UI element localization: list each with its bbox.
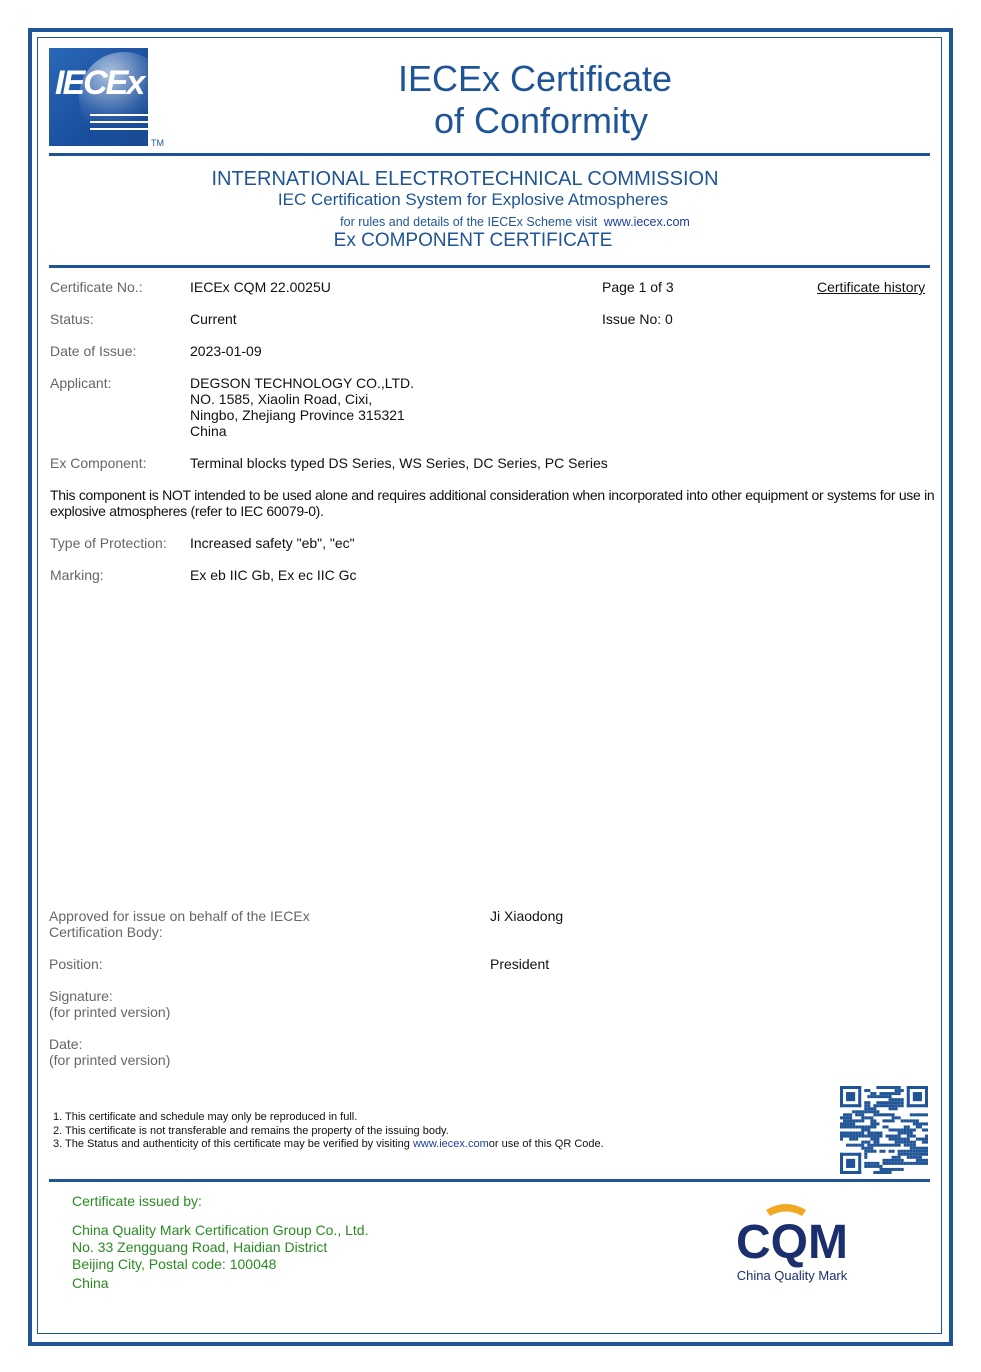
position-value: President — [490, 956, 549, 972]
certificate-notes: 1. This certificate and schedule may onl… — [53, 1111, 604, 1152]
certificate-history-link[interactable]: Certificate history — [817, 279, 925, 295]
svg-text:CQM: CQM — [736, 1216, 848, 1269]
protection-value: Increased safety "eb", "ec" — [190, 535, 355, 551]
status-value: Current — [190, 311, 237, 327]
approver-name: Ji Xiaodong — [490, 908, 563, 924]
trademark: TM — [151, 138, 164, 148]
org-name: INTERNATIONAL ELECTROTECHNICAL COMMISSIO… — [0, 168, 930, 191]
divider — [49, 265, 930, 268]
applicant-label: Applicant: — [50, 375, 111, 391]
protection-label: Type of Protection: — [50, 535, 167, 551]
approved-label: Approved for issue on behalf of the IECE… — [49, 908, 310, 940]
component-label: Ex Component: — [50, 455, 147, 471]
iecex-link[interactable]: www.iecex.com — [604, 215, 690, 229]
component-value: Terminal blocks typed DS Series, WS Seri… — [190, 455, 608, 471]
component-notice: This component is NOT intended to be use… — [50, 487, 940, 519]
divider — [49, 1179, 930, 1182]
cqm-logo: CQM China Quality Mark — [722, 1198, 862, 1288]
page-indicator: Page 1 of 3 — [602, 279, 674, 295]
issue-no: Issue No: 0 — [602, 311, 673, 327]
marking-label: Marking: — [50, 567, 104, 583]
marking-value: Ex eb IIC Gb, Ex ec IIC Gc — [190, 567, 357, 583]
certificate-no: IECEx CQM 22.0025U — [190, 279, 331, 295]
iecex-verify-link[interactable]: www.iecex.com — [413, 1138, 489, 1150]
issuer-address: China Quality Mark Certification Group C… — [72, 1222, 368, 1292]
applicant-address: DEGSON TECHNOLOGY CO.,LTD. NO. 1585, Xia… — [190, 375, 414, 439]
svg-text:China Quality Mark: China Quality Mark — [737, 1268, 848, 1283]
certificate-no-label: Certificate No.: — [50, 279, 143, 295]
date-value: 2023-01-09 — [190, 343, 262, 359]
issuer-heading: Certificate issued by: — [72, 1193, 202, 1209]
status-label: Status: — [50, 311, 94, 327]
date-label: Date of Issue: — [50, 343, 136, 359]
divider — [49, 153, 930, 156]
date-signed-label: Date: (for printed version) — [49, 1036, 170, 1068]
certificate-type: Ex COMPONENT CERTIFICATE — [0, 230, 938, 252]
signature-label: Signature: (for printed version) — [49, 988, 170, 1020]
org-system: IEC Certification System for Explosive A… — [0, 190, 938, 210]
rules-text: for rules and details of the IECEx Schem… — [0, 215, 980, 229]
iecex-logo: IECEx — [49, 48, 148, 146]
page-title: IECEx Certificate of Conformity — [330, 58, 740, 142]
qr-code[interactable] — [839, 1086, 929, 1174]
position-label: Position: — [49, 956, 103, 972]
